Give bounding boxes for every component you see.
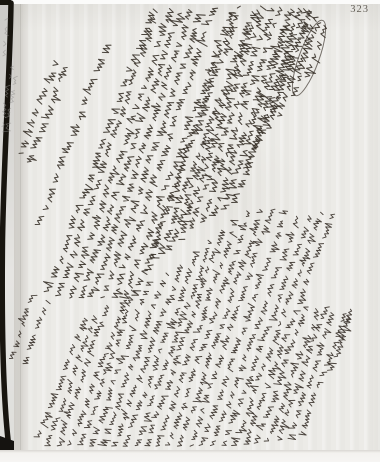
scanned-letter-page: 323 — [0, 0, 380, 462]
paper-fold-line — [20, 4, 21, 450]
letter-paper: 323 — [14, 4, 380, 450]
page-number: 323 — [350, 4, 369, 15]
paper-smudge — [164, 124, 304, 274]
gutter-curve — [2, 3, 11, 448]
scan-bottom-margin — [0, 450, 380, 462]
